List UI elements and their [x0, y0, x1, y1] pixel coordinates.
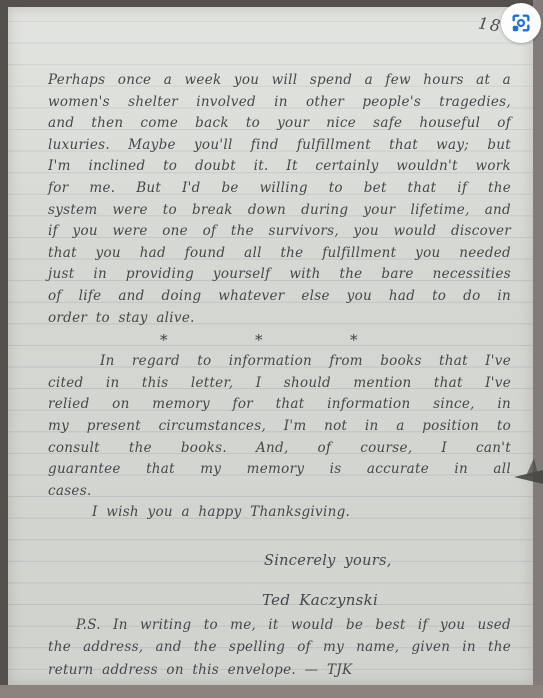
asterisk: * [350, 329, 364, 351]
scan-bed-right-strip [533, 0, 543, 698]
handwritten-line: system were to break down during your li… [48, 200, 511, 222]
handwritten-line: order to stay alive. [48, 308, 511, 330]
handwritten-line: cases. [48, 481, 511, 503]
scan-bed-bottom-strip [0, 685, 543, 698]
paper-tear-mark [511, 456, 543, 496]
handwritten-line: if you were one of the survivors, you wo… [48, 221, 511, 243]
signoff-line: Sincerely yours, [264, 550, 511, 572]
asterisk: * [255, 329, 269, 351]
asterisk: * [160, 329, 174, 351]
handwritten-line: consult the books. And, of course, I can… [48, 438, 511, 460]
signature: Ted Kaczynski [262, 589, 511, 611]
viewfinder-capture-icon [510, 12, 532, 34]
handwritten-line: In regard to information from books that… [48, 351, 511, 373]
handwritten-line: of life and doing whatever else you had … [48, 286, 511, 308]
handwritten-line: just in providing yourself with the bare… [48, 264, 511, 286]
letter-body: Perhaps once a week you will spend a few… [48, 70, 511, 681]
paragraph-2: In regard to information from books that… [48, 351, 511, 502]
section-separator: *** [48, 329, 511, 351]
paragraph-1: Perhaps once a week you will spend a few… [48, 70, 511, 329]
handwritten-line: women's shelter involved in other people… [48, 92, 511, 114]
handwritten-line: that you had found all the fulfillment y… [48, 243, 511, 265]
page-number: 18 [477, 13, 504, 35]
handwritten-line: P.S. In writing to me, it would be best … [48, 614, 511, 636]
scanned-letter-screenshot: 18 Perhaps once a week you will spend a … [0, 0, 543, 698]
letter-paper: 18 Perhaps once a week you will spend a … [8, 7, 533, 685]
handwritten-line: for me. But I'd be willing to bet that i… [48, 178, 511, 200]
handwritten-line: my present circumstances, I'm not in a p… [48, 416, 511, 438]
handwritten-line: cited in this letter, I should mention t… [48, 373, 511, 395]
handwritten-line: and then come back to your nice safe hou… [48, 113, 511, 135]
postscript: P.S. In writing to me, it would be best … [48, 614, 511, 681]
closing-wish-line: I wish you a happy Thanksgiving. [48, 502, 511, 524]
handwritten-line: return address on this envelope. — TJK [48, 659, 511, 681]
tear-stem [526, 458, 538, 476]
handwritten-line: I'm inclined to doubt it. It certainly w… [48, 156, 511, 178]
handwritten-line: luxuries. Maybe you'll find fulfillment … [48, 135, 511, 157]
handwritten-line: the address, and the spelling of my name… [48, 636, 511, 658]
capture-screenshot-button[interactable] [501, 3, 541, 43]
handwritten-line: guarantee that my memory is accurate in … [48, 459, 511, 481]
handwritten-line: relied on memory for that information si… [48, 394, 511, 416]
handwritten-line: Perhaps once a week you will spend a few… [48, 70, 511, 92]
